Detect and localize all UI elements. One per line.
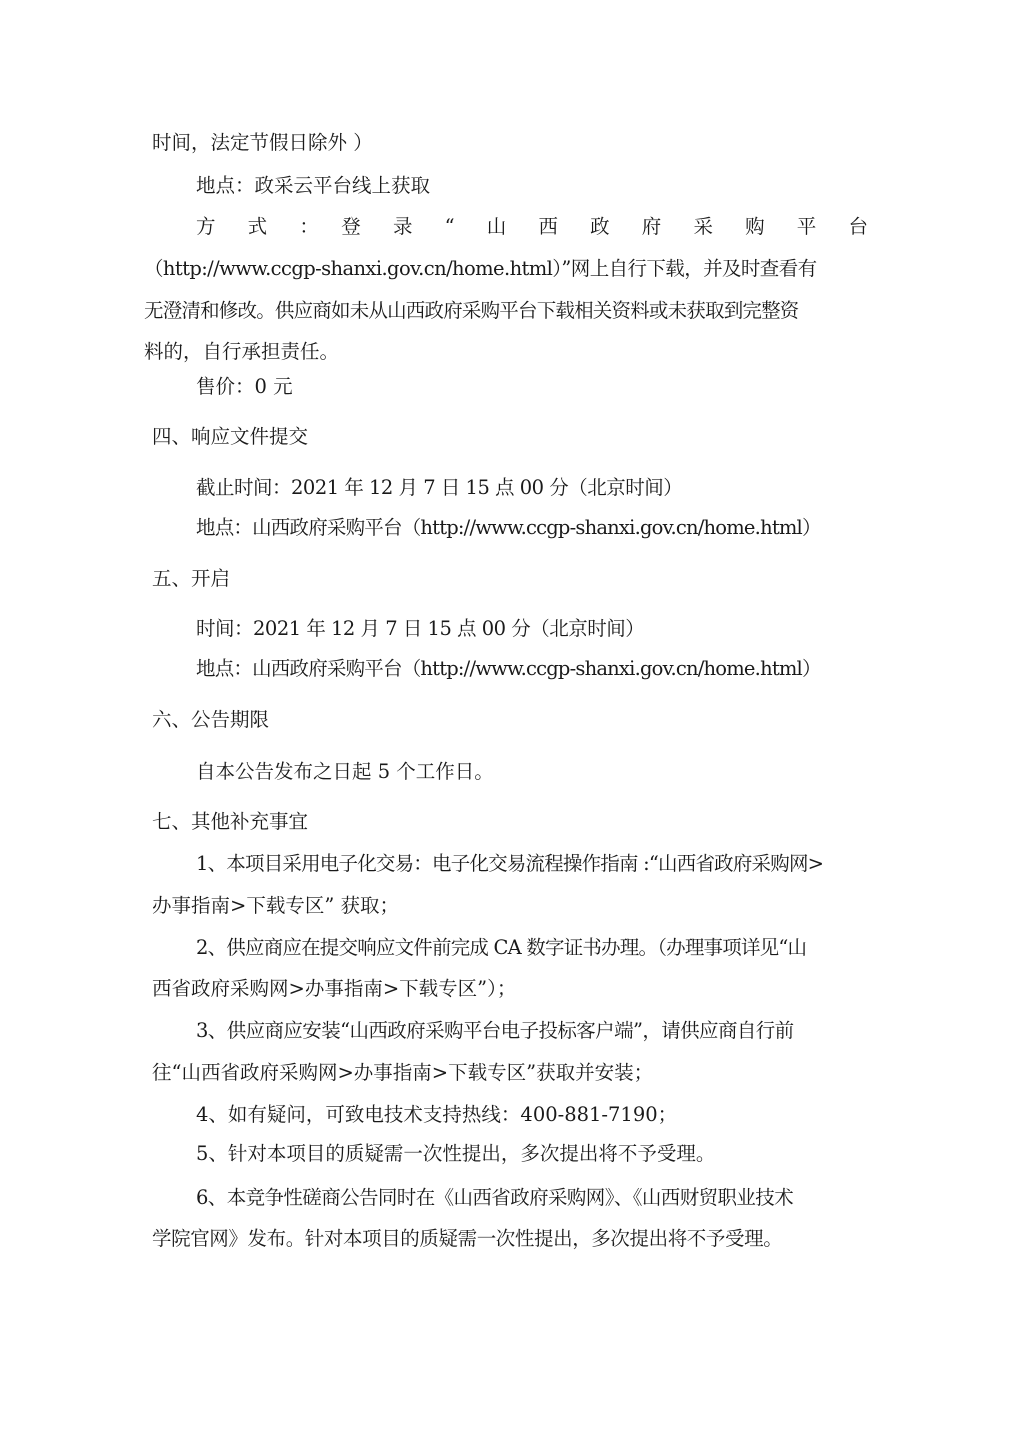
text-line: 无澄清和修改。供应商如未从山西政府采购平台下载相关资料或未获取到完整资 — [144, 299, 799, 323]
section-heading: 五、开启 — [152, 567, 230, 591]
text-line: 地点：政采云平台线上获取 — [196, 174, 430, 198]
section-heading: 六、公告期限 — [152, 708, 269, 732]
text-line: 西省政府采购网>办事指南>下载专区”）； — [152, 977, 516, 1001]
text-line: 时间，法定节假日除外 ） — [152, 131, 373, 155]
text-line: 办事指南>下载专区” 获取； — [152, 894, 399, 918]
text-line: 料的，自行承担责任。 — [144, 340, 339, 364]
text-line: 2、供应商应在提交响应文件前完成 CA 数字证书办理。（办理事项详见“山 — [196, 936, 806, 960]
text-line: 4、如有疑问，可致电技术支持热线：400-881-7190； — [196, 1103, 677, 1127]
text-line: 地点：山西政府采购平台（http://www.ccgp-shanxi.gov.c… — [196, 516, 821, 540]
text-line: 售价：0 元 — [196, 375, 293, 399]
text-line: 方 式 ： 登 录 “ 山 西 政 府 采 购 平 台 — [196, 215, 868, 239]
section-heading: 七、其他补充事宜 — [152, 810, 308, 834]
text-line: 地点：山西政府采购平台（http://www.ccgp-shanxi.gov.c… — [196, 657, 821, 681]
text-line: 往“山西省政府采购网>办事指南>下载专区”获取并安装； — [152, 1061, 653, 1085]
text-line: 截止时间：2021 年 12 月 7 日 15 点 00 分（北京时间） — [196, 476, 682, 500]
text-line: 6、本竞争性磋商公告同时在《山西省政府采购网》、《山西财贸职业技术 — [196, 1186, 793, 1210]
text-line: 时间：2021 年 12 月 7 日 15 点 00 分（北京时间） — [196, 617, 644, 641]
text-line: 学院官网》发布。针对本项目的质疑需一次性提出，多次提出将不予受理。 — [152, 1227, 782, 1251]
text-line: 3、供应商应安装“山西政府采购平台电子投标客户端”，请供应商自行前 — [196, 1019, 794, 1043]
text-line: （http://www.ccgp-shanxi.gov.cn/home.html… — [144, 257, 817, 281]
section-heading: 四、响应文件提交 — [152, 425, 308, 449]
text-line: 1、本项目采用电子化交易：电子化交易流程操作指南 :“山西省政府采购网> — [196, 852, 823, 876]
text-line: 5、针对本项目的质疑需一次性提出，多次提出将不予受理。 — [196, 1142, 715, 1166]
text-line: 自本公告发布之日起 5 个工作日。 — [196, 760, 494, 784]
